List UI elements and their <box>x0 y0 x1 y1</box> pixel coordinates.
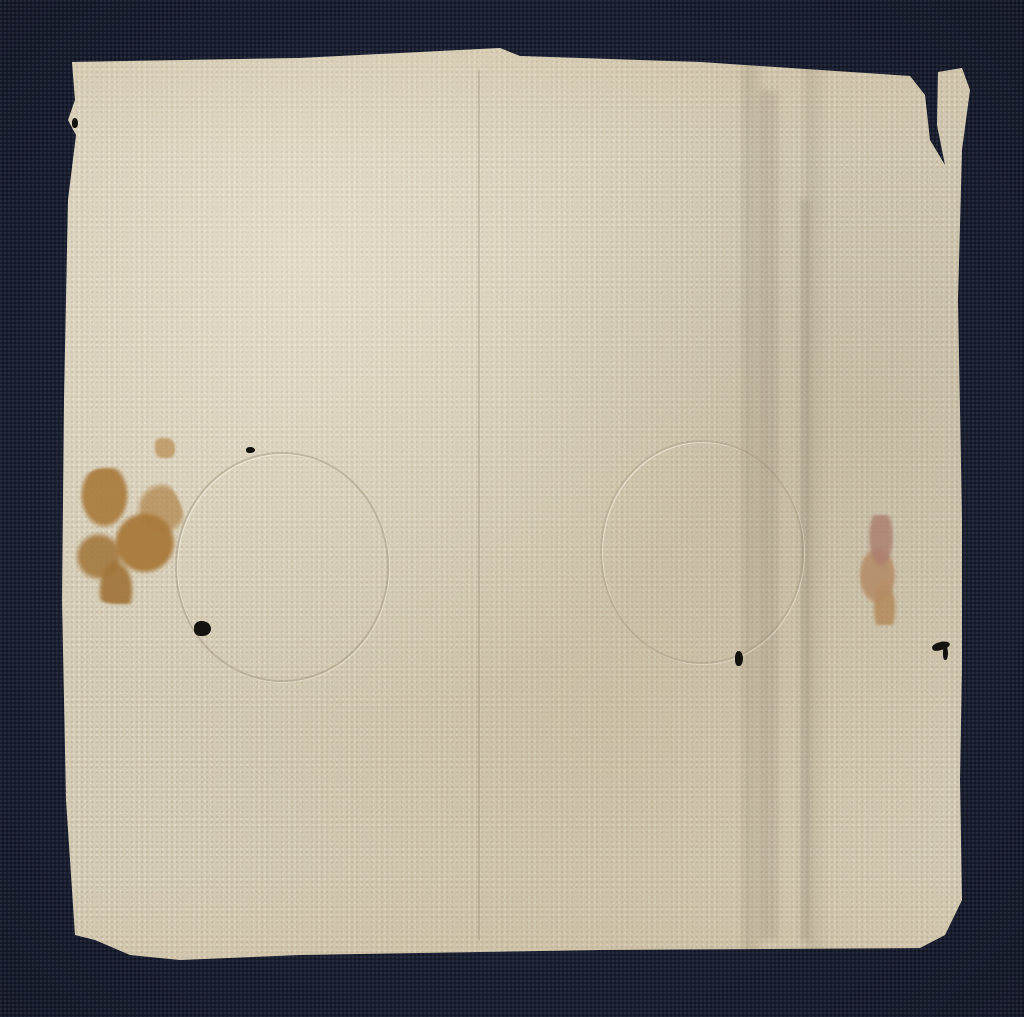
crease-line <box>478 70 480 940</box>
scene-description: Reverse side of an aged, blank paper scr… <box>0 0 1 1</box>
ink-dot <box>246 447 255 453</box>
embossed-circle-left <box>175 452 389 682</box>
embossed-circle-right <box>600 440 804 664</box>
ink-dot <box>72 118 78 128</box>
photo-scene: Reverse side of an aged, blank paper scr… <box>0 0 1024 1017</box>
ink-mark <box>943 646 948 660</box>
ink-spot <box>194 621 211 636</box>
ink-spot <box>735 651 743 666</box>
adhesive-stain-right <box>845 515 917 625</box>
adhesive-stain-left <box>70 468 185 604</box>
adhesive-stain-small <box>155 438 175 458</box>
